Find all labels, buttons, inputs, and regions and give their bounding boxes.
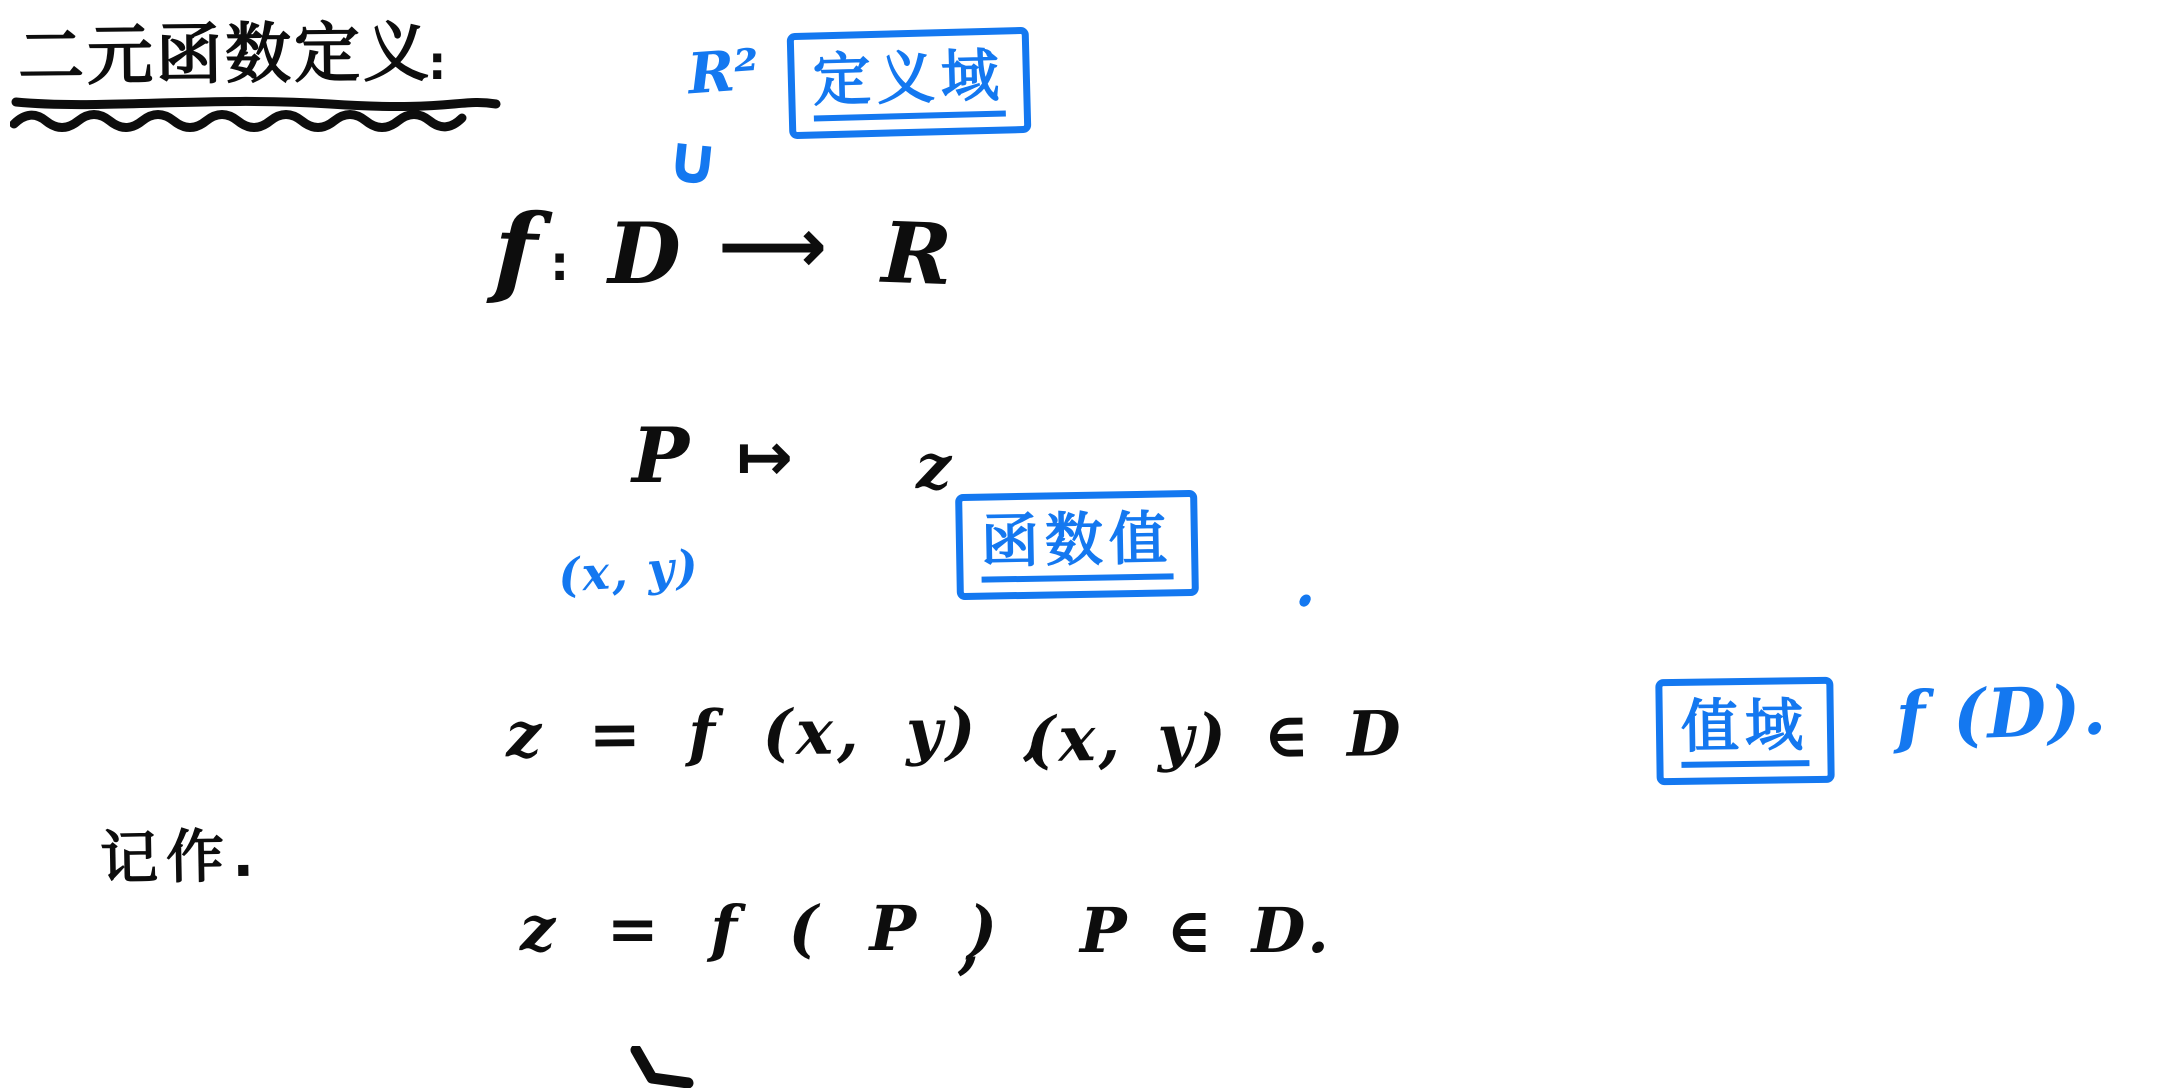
point-p: P (632, 418, 689, 494)
mapsto-symbol: ↦ (736, 424, 793, 492)
maps-to-arrow: ⟶ (718, 208, 827, 284)
domain-annotation-box: 定义域 (787, 27, 1032, 139)
function-symbol-f: f (492, 199, 538, 300)
domain-box-label: 定义域 (812, 46, 1006, 121)
range-box-label: 值域 (1681, 696, 1810, 768)
codomain-r: R (881, 211, 954, 297)
title-colon: : (428, 40, 446, 86)
equation2-rhs: P ∈ D. (1080, 900, 1333, 962)
denoted-as-label: 记作. (100, 827, 263, 888)
range-expression: f (D). (1895, 676, 2109, 751)
function-value-box-label: 函数值 (980, 509, 1173, 582)
domain-set-d: D (608, 212, 681, 296)
page-title: 二元函数定义 (18, 20, 433, 90)
equation2-comma: , (958, 914, 980, 976)
equation1-rhs: (x, y) ∈ D (1025, 703, 1404, 772)
value-z: z (916, 436, 951, 498)
range-annotation-box: 值域 (1655, 677, 1834, 785)
function-value-annotation-box: 函数值 (955, 490, 1199, 600)
stray-ink-dot (1298, 592, 1313, 608)
handwritten-note-page: 二元函数定义 : R² ∪ 定义域 f : D ⟶ R P ↦ z (x, y)… (0, 0, 2180, 1088)
partial-stroke-bottom-edge (622, 1046, 702, 1088)
point-coordinates: (x, y) (557, 543, 702, 599)
function-colon: : (550, 240, 569, 288)
title-underline-squiggle (10, 92, 510, 140)
equation1-lhs: z = f (x, y) , (506, 700, 1049, 767)
subset-of-symbol: ∪ (663, 125, 723, 196)
equation2-lhs: z = f ( P ) (520, 898, 1003, 960)
superset-r2-label: R² (686, 42, 761, 103)
